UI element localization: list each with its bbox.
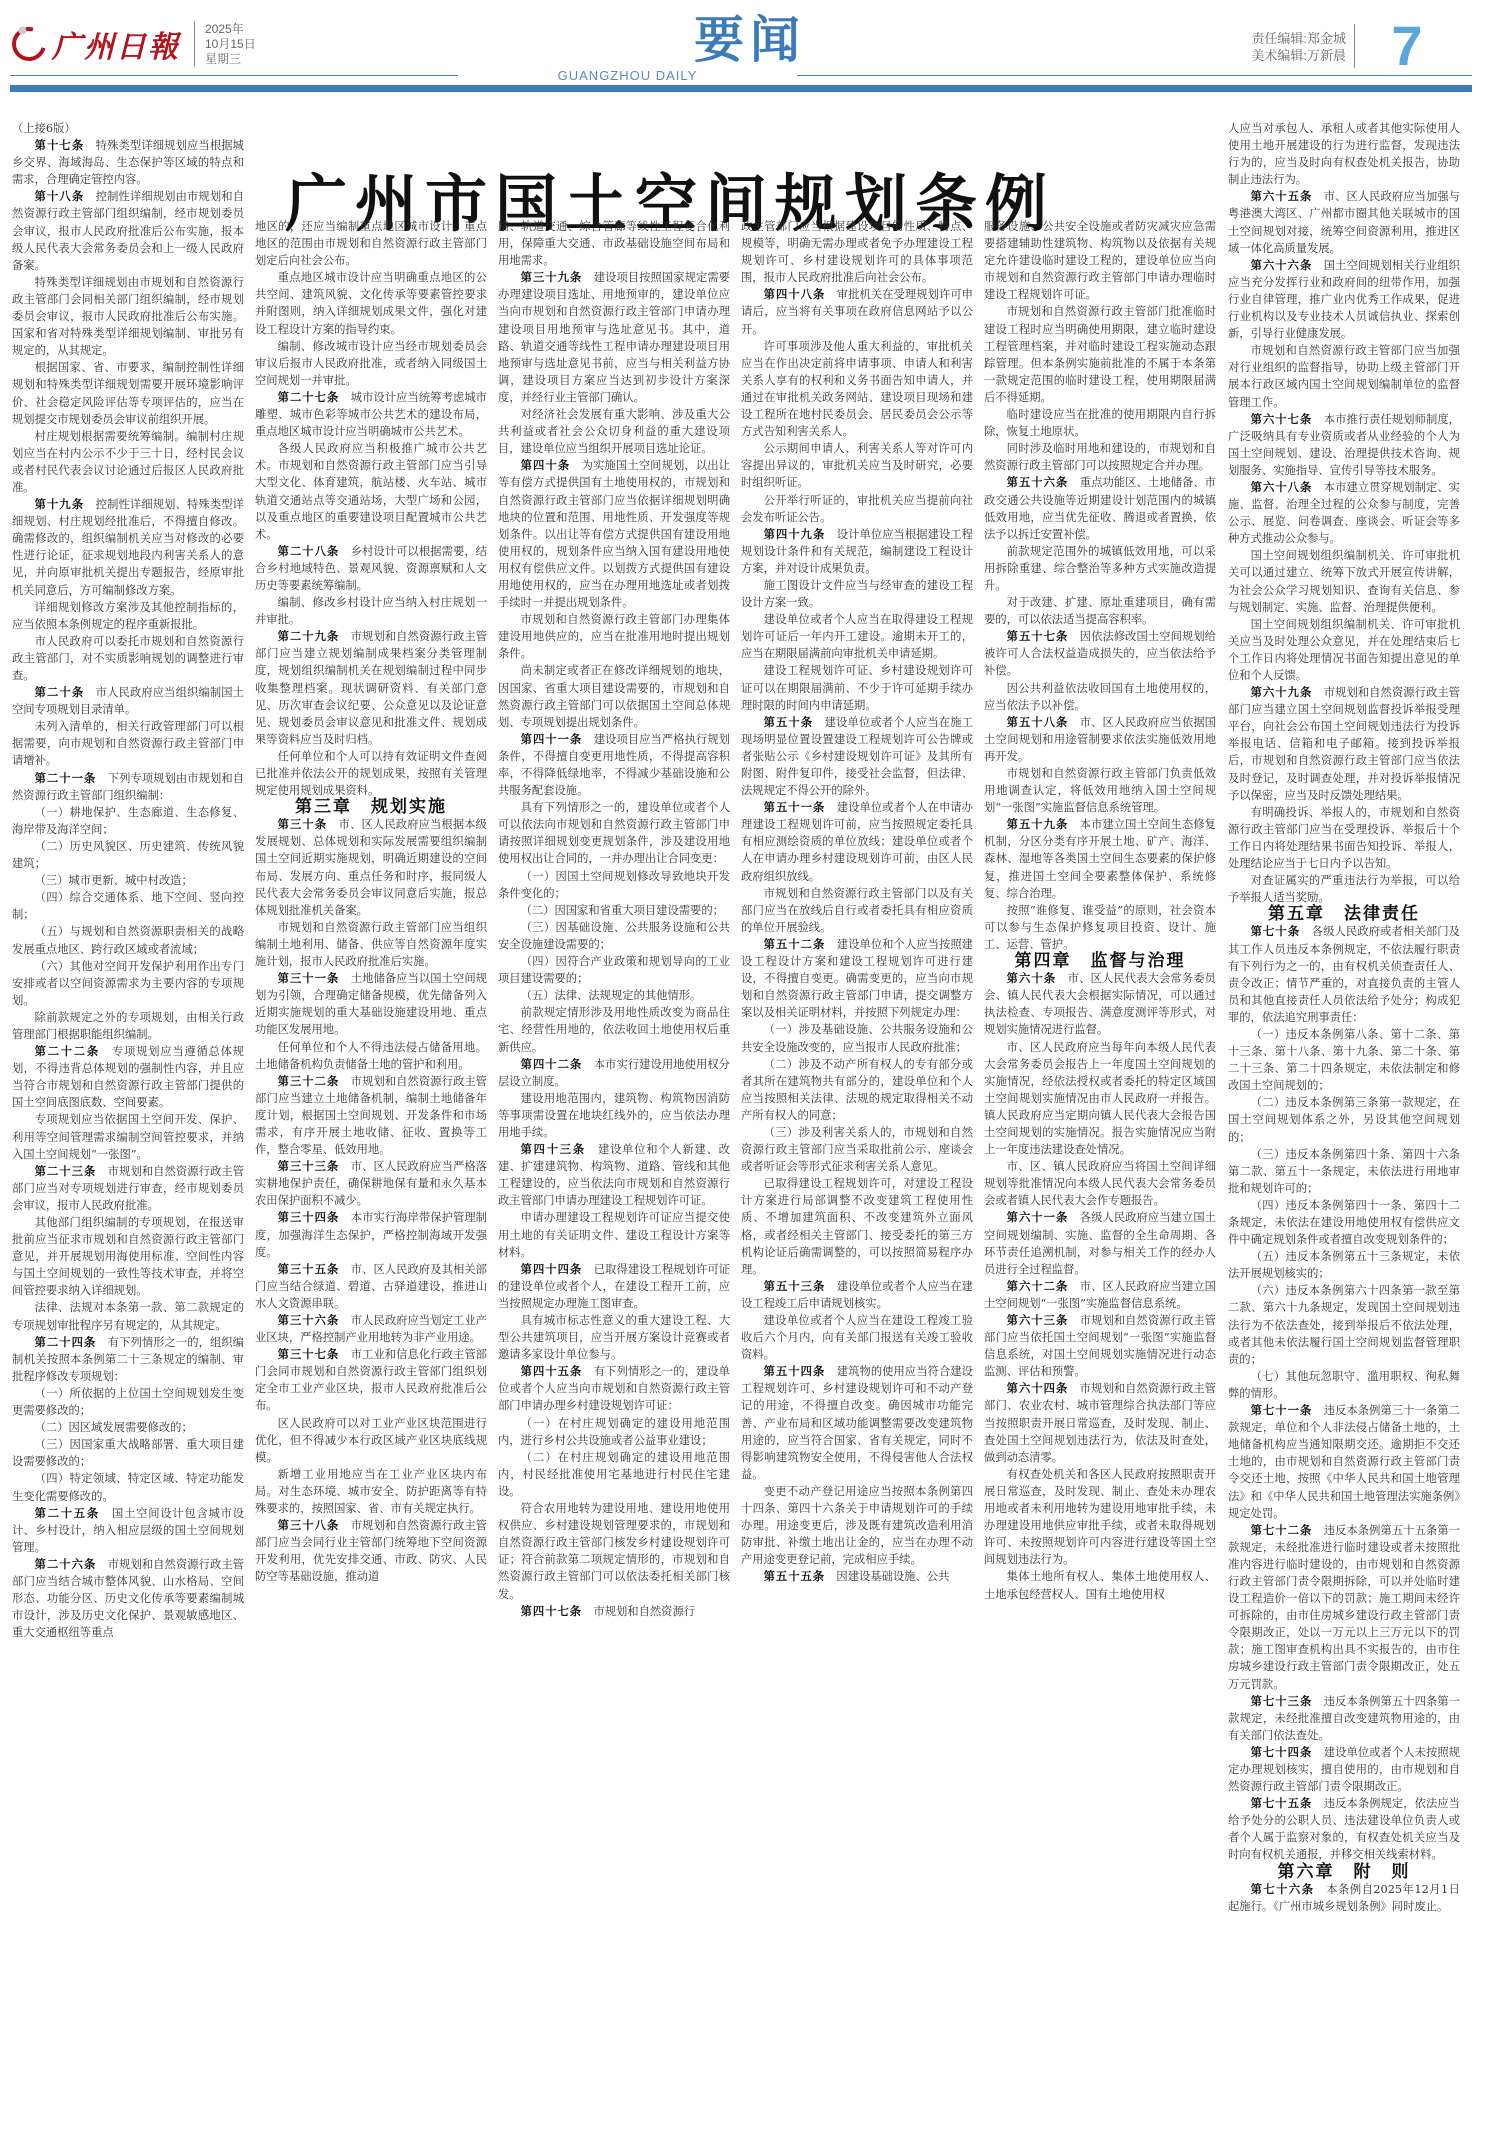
clause-number: 第二十七条 [278, 390, 340, 404]
paragraph-text: 路、轨道交通、综合管廊等线性工程复合化利用，保障重大交通、市政基础设施空间布局和… [498, 220, 730, 267]
paragraph: （四）特定领域、特定区域、特定功能发生变化需要修改的。 [12, 1470, 244, 1504]
paragraph: 任何单位和个人不得违法侵占储备用地。土地储备机构负责储备土地的管护和利用。 [255, 1039, 487, 1073]
paragraph: （四）违反本条例第四十一条、第四十二条规定，未依法在建设用地使用权有偿供应文件中… [1228, 1197, 1460, 1248]
paragraph-text: （六）其他对空间开发保护利用作出专门安排或者以空间资源需求为主要内容的专项规划。 [12, 960, 244, 1007]
paragraph: （三）城市更新、城中村改造； [12, 872, 244, 889]
clause-number: 第二十一条 [35, 771, 97, 785]
article-clause: 第七十五条 违反本条例规定，依法应当给予处分的公职人员、违法建设单位负责人或者个… [1228, 1795, 1460, 1863]
article-clause: 第七十条 各级人民政府或者相关部门及其工作人员违反本条例规定，不依法履行职责有下… [1228, 923, 1460, 1026]
paragraph: 编制、修改乡村设计应当纳入村庄规划一并审批。 [255, 594, 487, 628]
paragraph-text: 市、区人民政府应当根据本级发展规划、总体规划和实际发展需要组织编制国土空间近期实… [255, 818, 487, 916]
paragraph-text: 前款规定范围外的城镇低效用地，可以采用拆除重建、综合整治等多种方式实施改造提升。 [984, 545, 1216, 592]
paragraph: 各级人民政府应当积极推广城市公共艺术。市规划和自然资源行政主管部门应当引导大型文… [255, 440, 487, 543]
paragraph-text: 各级人民政府或者相关部门及其工作人员违反本条例规定，不依法履行职责有下列行为之一… [1228, 925, 1460, 1023]
paragraph-text: 变更不动产登记用途应当按照本条例第四十四条、第四十六条关于申请规划许可的手续办理… [741, 1485, 973, 1566]
text-column-1: （上接6版）第十七条 特殊类型详细规划应当根据城乡交界、海域海岛、生态保护等区域… [12, 120, 244, 2143]
article-clause: 第四十条 为实施国土空间规划，以出让等有偿方式提供国有土地使用权的，市规划和自然… [498, 457, 730, 611]
paragraph: （二）因区域发展需要修改的； [12, 1419, 244, 1436]
paragraph: 施工图设计文件应当与经审查的建设工程设计方案一致。 [741, 577, 973, 611]
clause-number: 第五十九条 [1007, 817, 1069, 831]
clause-number: 第六十九条 [1251, 685, 1313, 699]
paragraph-text: 除前款规定之外的专项规划，由相关行政管理部门根据职能组织编制。 [12, 1011, 244, 1041]
article-clause: 第十七条 特殊类型详细规划应当根据城乡交界、海域海岛、生态保护等区域的特点和需求… [12, 137, 244, 188]
paragraph: 公示期间申请人、利害关系人等对许可内容提出异议的，审批机关应当及时研究，必要时组… [741, 440, 973, 491]
clause-number: 第三十条 [278, 817, 328, 831]
paragraph-text: 任何单位和个人可以持有效证明文件查阅已批准并依法公开的规划成果，按照有关管理规定… [255, 750, 487, 797]
paragraph-text: 临时建设应当在批准的使用期限内自行拆除，恢复土地原状。 [984, 408, 1216, 438]
paragraph: （上接6版） [12, 120, 244, 137]
article-clause: 第六十三条 市规划和自然资源行政主管部门应当依托国土空间规划“一张图”实施监督信… [984, 1312, 1216, 1380]
paragraph: 同时涉及临时用地和建设的，市规划和自然资源行政主管部门可以按照规定合并办理。 [984, 440, 1216, 474]
article-clause: 第二十一条 下列专项规划由市规划和自然资源行政主管部门组织编制： [12, 770, 244, 804]
clause-number: 第四十九条 [764, 527, 826, 541]
paragraph-text: 有明确投诉、举报人的，市规划和自然资源行政主管部门应当在受理投诉、举报后十个工作… [1228, 806, 1460, 870]
paragraph: （六）其他对空间开发保护利用作出专门安排或者以空间资源需求为主要内容的专项规划。 [12, 958, 244, 1009]
paragraph-text: （一）在村庄规划确定的建设用地范围内，进行乡村公共设施或者公益事业建设； [498, 1417, 730, 1447]
clause-number: 第二十八条 [278, 544, 340, 558]
clause-number: 第三十七条 [278, 1347, 340, 1361]
paragraph: 其他部门组织编制的专项规划，在报送审批前应当征求市规划和自然资源行政主管部门意见… [12, 1214, 244, 1299]
logo-emblem-icon [6, 21, 52, 67]
paragraph-text: 有权查处机关和各区人民政府按照职责开展日常巡查，及时发现、制止、查处未办理农用地… [984, 1468, 1216, 1566]
clause-number: 第十七条 [35, 138, 85, 152]
clause-number: 第六十三条 [1007, 1313, 1069, 1327]
paragraph: 对于改建、扩建、原址重建项目，确有需要的，可以依法适当提高容积率。 [984, 594, 1216, 628]
paragraph: 详细规划修改方案涉及其他控制指标的，应当依照本条例规定的程序重新报批。 [12, 599, 244, 633]
paragraph: （三）涉及利害关系人的，市规划和自然资源行政主管部门应当采取批前公示、座谈会或者… [741, 1124, 973, 1175]
clause-number: 第六十八条 [1251, 480, 1313, 494]
article-clause: 第二十六条 市规划和自然资源行政主管部门应当结合城市整体风貌、山水格局、空间形态… [12, 1556, 244, 1641]
paragraph-text: （四）综合交通体系、地下空间、竖向控制； [12, 891, 244, 921]
article-clause: 第七十六条 本条例自2025年12月1日起施行。《广州市城乡规划条例》同时废止。 [1228, 1881, 1460, 1915]
paragraph: 有权查处机关和各区人民政府按照职责开展日常巡查，及时发现、制止、查处未办理农用地… [984, 1466, 1216, 1569]
paragraph-text: 市规划和自然资源行政主管部门应当建立国土空间规划监督投诉举报受理平台，向社会公布… [1228, 686, 1460, 802]
article-clause: 第四十一条 建设项目应当严格执行规划条件，不得擅自变更用地性质，不得提高容积率，… [498, 731, 730, 799]
divider [797, 75, 1472, 76]
paragraph-text: 建设单位或者个人应当在建设工程竣工验收后六个月内，向有关部门报送有关竣工验收资料… [741, 1314, 973, 1361]
chapter-heading: 第五章 法律责任 [1228, 906, 1460, 923]
article-clause: 第三十条 市、区人民政府应当根据本级发展规划、总体规划和实际发展需要组织编制国土… [255, 816, 487, 919]
paragraph-text: （四）违反本条例第四十一条、第四十二条规定，未依法在建设用地使用权有偿供应文件中… [1228, 1199, 1460, 1246]
clause-number: 第二十九条 [278, 629, 340, 643]
article-clause: 第二十五条 国土空间设计包含城市设计、乡村设计，纳入相应层级的国土空间规划管理。 [12, 1505, 244, 1556]
paragraph-text: 施工图设计文件应当与经审查的建设工程设计方案一致。 [741, 579, 973, 609]
paragraph-text: （五）违反本条例第五十三条规定，未依法开展规划核实的； [1228, 1250, 1460, 1280]
paragraph-text: 市规划和自然资源行政主管部门以及有关部门应当在放线后自行或者委托具有相应资质的单… [741, 887, 973, 934]
paragraph: 具有下列情形之一的，建设单位或者个人可以依法向市规划和自然资源行政主管部门申请按… [498, 799, 730, 867]
paragraph: 前款规定情形涉及用地性质改变为商品住宅、经营性用地的，依法收回土地使用权后重新供… [498, 1004, 730, 1055]
paragraph: 未列入清单的，相关行政管理部门可以根据需要，向市规划和自然资源行政主管部门申请增… [12, 718, 244, 769]
text-column-5: 服务设施、公共安全设施或者防灾减灾应急需要搭建辅助性建筑物、构筑物以及依据有关规… [984, 218, 1216, 2143]
clause-number: 第二十条 [35, 685, 85, 699]
clause-number: 第四十七条 [521, 1604, 583, 1618]
clause-number: 第五十六条 [1007, 475, 1069, 489]
paragraph-text: 公示期间申请人、利害关系人等对许可内容提出异议的，审批机关应当及时研究，必要时组… [741, 442, 973, 489]
paragraph: 具有城市标志性意义的重大建设工程、大型公共建筑项目，应当开展方案设计竞赛或者邀请… [498, 1312, 730, 1363]
editor-credits: 责任编辑:郑金城 美术编辑:万新晨 [1160, 30, 1346, 64]
paragraph-text: （一）耕地保护、生态廊道、生态修复、海岸带及海洋空间； [12, 806, 244, 836]
paragraph-text: （二）涉及不动产所有权人的专有部分或者其所在建筑物共有部分的，建设单位和个人应当… [741, 1058, 973, 1122]
paragraph-text: 市规划和自然资源行政主管部门批准临时建设工程时应当明确使用期限，建立临时建设工程… [984, 305, 1216, 403]
text-column-6: 人应当对承包人、承租人或者其他实际使用人使用土地开展建设的行为进行监督，发现违法… [1228, 120, 1460, 2143]
clause-number: 第五十条 [764, 715, 814, 729]
article-clause: 第四十四条 已取得建设工程规划许可证的建设单位或者个人，在建设工程开工前，应当按… [498, 1261, 730, 1312]
clause-number: 第四十二条 [521, 1057, 583, 1071]
paragraph-text: 建筑物的使用应当符合建设工程规划许可、乡村建设规划许可和不动产登记的用途，不得擅… [741, 1365, 973, 1481]
paragraph: 市规划和自然资源行政主管部门办理集体建设用地供应的，应当在批准用地时提出规划条件… [498, 611, 730, 662]
paragraph-text: （四）因符合产业政策和规划导向的工业项目建设需要的； [498, 955, 730, 985]
article-clause: 第六十五条 市、区人民政府应当加强与粤港澳大湾区、广州都市圈其他关联城市的国土空… [1228, 188, 1460, 256]
paragraph-text: 同时涉及临时用地和建设的，市规划和自然资源行政主管部门可以按照规定合并办理。 [984, 442, 1216, 472]
clause-number: 第七十四条 [1251, 1745, 1313, 1759]
paragraph-text: 国土空间规划组织编制机关、许可审批机关应当及时处理公众意见，并在处理结束后七个工… [1228, 618, 1460, 682]
clause-number: 第五十三条 [764, 1279, 826, 1293]
paragraph: 国土空间规划组织编制机关、许可审批机关可以通过建立、统筹下放式开展宣传讲解，为社… [1228, 547, 1460, 615]
clause-number: 第十八条 [35, 189, 85, 203]
newspaper-logo: 广州日報 2025年 10月15日 星期三 [12, 22, 256, 66]
paragraph-text: （三）城市更新、城中村改造； [35, 874, 193, 887]
paragraph-text: 建设项目按照国家规定需要办理建设项目选址、用地预审的，建设单位应当向市规划和自然… [498, 271, 730, 404]
paragraph-text: 其他部门组织编制的专项规划，在报送审批前应当征求市规划和自然资源行政主管部门意见… [12, 1216, 244, 1297]
paragraph: 对经济社会发展有重大影响、涉及重大公共利益或者社会公众切身利益的重大建设项目，建… [498, 406, 730, 457]
article-clause: 第五十二条 建设单位和个人应当按照建设工程设计方案和建设工程规划许可进行建设，不… [741, 936, 973, 1021]
paragraph-text: 申请办理建设工程规划许可证应当提交使用土地的有关证明文件、建设工程设计方案等材料… [498, 1211, 730, 1258]
paragraph: 已取得建设工程规划许可，对建设工程设计方案进行局部调整不改变建筑工程使用性质、不… [741, 1175, 973, 1278]
paragraph-text: 尚未制定或者正在修改详细规划的地块，因国家、省重大项目建设需要的，市规划和自然资… [498, 664, 730, 728]
paragraph: （四）综合交通体系、地下空间、竖向控制； [12, 889, 244, 923]
article-clause: 第三十四条 本市实行海岸带保护管理制度，加强海洋生态保护，严格控制海域开发强度。 [255, 1209, 487, 1260]
paragraph: 编制、修改城市设计应当经市规划委员会审议后报市人民政府批准，或者纳入同级国土空间… [255, 338, 487, 389]
paragraph-text: 编制、修改乡村设计应当纳入村庄规划一并审批。 [255, 596, 487, 626]
clause-number: 第三十五条 [278, 1262, 340, 1276]
article-clause: 第四十三条 建设单位和个人新建、改建、扩建建筑物、构筑物、道路、管线和其他工程建… [498, 1141, 730, 1209]
clause-number: 第七十条 [1251, 924, 1301, 938]
paragraph: 专项规划应当依据国土空间开发、保护、利用等空间管理需求编制空间管控要求，并纳入国… [12, 1111, 244, 1162]
paragraph: 任何单位和个人可以持有效证明文件查阅已批准并依法公开的规划成果，按照有关管理规定… [255, 748, 487, 799]
issue-weekday: 星期三 [205, 52, 256, 67]
paragraph-text: 集体土地所有权人、集体土地使用权人、土地承包经营权人、国有土地使用权 [984, 1570, 1216, 1600]
paragraph-text: 前款规定情形涉及用地性质改变为商品住宅、经营性用地的，依法收回土地使用权后重新供… [498, 1006, 730, 1053]
paragraph: 集体土地所有权人、集体土地使用权人、土地承包经营权人、国有土地使用权 [984, 1568, 1216, 1602]
paragraph-text: 因公共利益依法收回国有土地使用权的，应当依法予以补偿。 [984, 682, 1216, 712]
article-clause: 第六十八条 本市建立贯穿规划制定、实施、监督、治理全过程的公众参与制度，完善公示… [1228, 479, 1460, 547]
paragraph: 临时建设应当在批准的使用期限内自行拆除，恢复土地原状。 [984, 406, 1216, 440]
article-clause: 第三十五条 市、区人民政府及其相关部门应当结合绿道、碧道、古驿道建设，推进山水人… [255, 1261, 487, 1312]
paragraph-text: 对于改建、扩建、原址重建项目，确有需要的，可以依法适当提高容积率。 [984, 596, 1216, 626]
clause-number: 第二十四条 [35, 1335, 97, 1349]
article-clause: 第六十七条 本市推行责任规划师制度，广泛吸纳具有专业资质或者从业经验的个人为国土… [1228, 411, 1460, 479]
paragraph: （五）法律、法规规定的其他情形。 [498, 987, 730, 1004]
clause-number: 第三十八条 [278, 1518, 340, 1532]
paragraph-text: 各级人民政府应当积极推广城市公共艺术。市规划和自然资源行政主管部门应当引导大型文… [255, 442, 487, 540]
paragraph-text: 具有下列情形之一的，建设单位或者个人可以依法向市规划和自然资源行政主管部门申请按… [498, 801, 730, 865]
divider [194, 21, 195, 67]
paragraph-text: 人应当对承包人、承租人或者其他实际使用人使用土地开展建设的行为进行监督，发现违法… [1228, 122, 1460, 186]
masthead: 广州日報 2025年 10月15日 星期三 要闻 GUANGZHOU DAILY… [0, 0, 1500, 96]
paragraph: （二）在村庄规划确定的建设用地范围内，村民经批准使用宅基地进行村民住宅建设。 [498, 1449, 730, 1500]
paragraph: 建设工程规划许可证、乡村建设规划许可证可以在期限届满前、不少于许可延期手续办理时… [741, 662, 973, 713]
paragraph-text: （三）涉及利害关系人的，市规划和自然资源行政主管部门应当采取批前公示、座谈会或者… [741, 1126, 973, 1173]
clause-number: 第四十条 [521, 458, 571, 472]
clause-number: 第五十八条 [1007, 715, 1069, 729]
paragraph-text: （二）违反本条例第三条第一款规定，在国土空间规划体系之外，另设其他空间规划的； [1228, 1096, 1460, 1143]
section-subtitle: GUANGZHOU DAILY [460, 68, 795, 83]
clause-number: 第二十三条 [35, 1164, 97, 1178]
article-clause: 第二十条 市人民政府应当组织编制国土空间专项规划目录清单。 [12, 684, 244, 718]
paragraph-text: 市规划和自然资源行政主管部门负责低效用地调查认定，将低效用地纳入国土空间规划“一… [984, 767, 1216, 814]
paragraph-text: 市、区人民政府应当每年向本级人民代表大会常务委员会报告上一年度国土空间规划的实施… [984, 1041, 1216, 1157]
paragraph: 市、区、镇人民政府应当将国土空间详细规划等批准情况向本级人民代表大会常务委员会或… [984, 1158, 1216, 1209]
clause-number: 第三十一条 [278, 971, 340, 985]
paragraph: 村庄规划根据需要统筹编制。编制村庄规划应当在村内公示不少于三十日，经村民会议或者… [12, 428, 244, 496]
paragraph: 市、区人民政府应当每年向本级人民代表大会常务委员会报告上一年度国土空间规划的实施… [984, 1039, 1216, 1159]
paragraph: 服务设施、公共安全设施或者防灾减灾应急需要搭建辅助性建筑物、构筑物以及依据有关规… [984, 218, 1216, 303]
clause-number: 第三十三条 [278, 1159, 340, 1173]
clause-number: 第五十二条 [764, 937, 826, 951]
paragraph-text: 已取得建设工程规划许可，对建设工程设计方案进行局部调整不改变建筑工程使用性质、不… [741, 1177, 973, 1275]
paragraph-text: 重点地区城市设计应当明确重点地区的公共空间、建筑风貌、文化传承等要素管控要求并附… [255, 271, 487, 335]
paragraph-text: 区人民政府可以对工业产业区块范围进行优化，但不得减少本行政区域产业区块底线规模。 [255, 1417, 487, 1464]
article-clause: 第三十一条 土地储备应当以国土空间规划为引领，合理确定储备规模，优先储备列入近期… [255, 970, 487, 1038]
paragraph: 建设单位或者个人应当在建设工程竣工验收后六个月内，向有关部门报送有关竣工验收资料… [741, 1312, 973, 1363]
clause-number: 第七十二条 [1251, 1523, 1313, 1537]
paragraph-text: （二）历史风貌区、历史建筑、传统风貌建筑； [12, 840, 244, 870]
article-clause: 第七十一条 违反本条例第三十一条第二款规定，单位和个人非法侵占储备土地的，土地储… [1228, 1402, 1460, 1522]
article-clause: 第四十七条 市规划和自然资源行 [498, 1603, 730, 1620]
article-clause: 第二十四条 有下列情形之一的，组织编制机关按照本条例第二十三条规定的编制、审批程… [12, 1334, 244, 1385]
paragraph: 尚未制定或者正在修改详细规划的地块，因国家、省重大项目建设需要的，市规划和自然资… [498, 662, 730, 730]
paragraph: 符合农用地转为建设用地、建设用地使用权供应、乡村建设规划管理要求的，市规划和自然… [498, 1500, 730, 1603]
paragraph-text: 专项规划应当依据国土空间开发、保护、利用等空间管理需求编制空间管控要求，并纳入国… [12, 1113, 244, 1160]
article-clause: 第七十三条 违反本条例第五十四条第一款规定，未经批准擅自改变建筑物用途的，由有关… [1228, 1693, 1460, 1744]
header-band [10, 85, 1472, 92]
clause-number: 第七十六条 [1251, 1882, 1315, 1896]
chapter-heading: 第六章 附 则 [1228, 1864, 1460, 1881]
paragraph-text: 违反本条例第五十五条第一款规定，未经批准进行临时建设或者未按照批准内容进行临时建… [1228, 1524, 1460, 1691]
paragraph-text: （五）与规划和自然资源职责相关的战略发展重点地区、跨行政区域或者流域； [12, 925, 244, 955]
article-clause: 第二十九条 市规划和自然资源行政主管部门应当建立规划编制成果档案分类管理制度，规… [255, 628, 487, 748]
paragraph-text: 对经济社会发展有重大影响、涉及重大公共利益或者社会公众切身利益的重大建设项目，建… [498, 408, 730, 455]
paragraph: 建设单位或者个人应当在取得建设工程规划许可证后一年内开工建设。逾期未开工的，应当… [741, 611, 973, 662]
issue-date: 2025年 10月15日 星期三 [205, 22, 256, 67]
paragraph: 许可事项涉及他人重大利益的，审批机关应当在作出决定前将申请事项、申请人和利害关系… [741, 338, 973, 441]
paragraph-text: 市规划和自然资源行政主管部门应当组织编制土地利用、储备、供应等自然资源年度实施计… [255, 921, 487, 968]
paragraph: 公开举行听证的，审批机关应当提前向社会发布听证公告。 [741, 492, 973, 526]
paragraph: 市人民政府可以委托市规划和自然资源行政主管部门，对不实质影响规划的调整进行审查。 [12, 633, 244, 684]
clause-number: 第六十条 [1007, 971, 1057, 985]
article-clause: 第十九条 控制性详细规划、特殊类型详细规划、村庄规划经批准后，不得擅自修改。确需… [12, 496, 244, 599]
divider [1354, 24, 1355, 68]
paragraph: 国土空间规划组织编制机关、许可审批机关应当及时处理公众意见，并在处理结束后七个工… [1228, 616, 1460, 684]
article-clause: 第五十八条 市、区人民政府应当依据国土空间规划和用途管制要求依法实施低效用地再开… [984, 714, 1216, 765]
paragraph: 前款规定范围外的城镇低效用地，可以采用拆除重建、综合整治等多种方式实施改造提升。 [984, 543, 1216, 594]
newspaper-name: 广州日報 [52, 22, 180, 66]
clause-number: 第四十五条 [521, 1364, 583, 1378]
article-clause: 第五十七条 因依法修改国土空间规划给被许可人合法权益造成损失的，应当依法给予补偿… [984, 628, 1216, 679]
clause-number: 第五十七条 [1007, 629, 1069, 643]
clause-number: 第二十二条 [35, 1044, 100, 1058]
paragraph: 特殊类型详细规划由市规划和自然资源行政主管部门会同相关部门组织编制，经市规划委员… [12, 274, 244, 359]
paragraph-text: 具有城市标志性意义的重大建设工程、大型公共建筑项目，应当开展方案设计竞赛或者邀请… [498, 1314, 730, 1361]
paragraph: （五）违反本条例第五十三条规定，未依法开展规划核实的； [1228, 1248, 1460, 1282]
article-clause: 第二十二条 专项规划应当遵循总体规划，不得违背总体规划的强制性内容，并且应当符合… [12, 1043, 244, 1111]
paragraph-text: 许可事项涉及他人重大利益的，审批机关应当在作出决定前将申请事项、申请人和利害关系… [741, 340, 973, 438]
article-clause: 第七十四条 建设单位或者个人未按照规定办理规划核实，擅自使用的，由市规划和自然资… [1228, 1744, 1460, 1795]
paragraph: （二）因国家和省重大项目建设需要的； [498, 902, 730, 919]
paragraph: 建设用地范围内，建筑物、构筑物因消防等事项需设置在地块红线外的，应当依法办理用地… [498, 1090, 730, 1141]
paragraph: 路、轨道交通、综合管廊等线性工程复合化利用，保障重大交通、市政基础设施空间布局和… [498, 218, 730, 269]
paragraph: 根据国家、省、市要求，编制控制性详细规划和特殊类型详细规划需要开展环境影响评价、… [12, 359, 244, 427]
article-clause: 第三十三条 市、区人民政府应当严格落实耕地保护责任，确保耕地保有量和永久基本农田… [255, 1158, 487, 1209]
clause-number: 第六十七条 [1251, 412, 1313, 426]
paragraph-text: （上接6版） [12, 122, 76, 135]
paragraph: （一）在村庄规划确定的建设用地范围内，进行乡村公共设施或者公益事业建设； [498, 1415, 730, 1449]
article-clause: 第五十五条 因建设基础设施、公共 [741, 1568, 973, 1585]
paragraph-text: 按照“谁修复、谁受益”的原则，社会资本可以参与生态保护修复项目投资、设计、施工、… [984, 904, 1216, 951]
paragraph-text: （一）因国土空间规划修改导致地块开发条件变化的； [498, 870, 730, 900]
article-clause: 第三十九条 建设项目按照国家规定需要办理建设项目选址、用地预审的，建设单位应当向… [498, 269, 730, 406]
paragraph: 法律、法规对本条第一款、第二款规定的专项规划审批程序另有规定的，从其规定。 [12, 1299, 244, 1333]
article-clause: 第二十七条 城市设计应当统筹考虑城市雕塑、城市色彩等城市公共艺术的建设布局，重点… [255, 389, 487, 440]
article-clause: 第五十九条 本市建立国土空间生态修复机制，分区分类有序开展土地、矿产、海洋、森林… [984, 816, 1216, 901]
article-clause: 第四十五条 有下列情形之一的，建设单位或者个人应当向市规划和自然资源行政主管部门… [498, 1363, 730, 1414]
paragraph-text: 公开举行听证的，审批机关应当提前向社会发布听证公告。 [741, 494, 973, 524]
paragraph: 市规划和自然资源行政主管部门批准临时建设工程时应当明确使用期限，建立临时建设工程… [984, 303, 1216, 406]
paragraph: （七）其他玩忽职守、滥用职权、徇私舞弊的情形。 [1228, 1368, 1460, 1402]
paragraph-text: 市、区、镇人民政府应当将国土空间详细规划等批准情况向本级人民代表大会常务委员会或… [984, 1160, 1216, 1207]
paragraph-text: 为实施国土空间规划，以出让等有偿方式提供国有土地使用权的，市规划和自然资源行政主… [498, 459, 730, 609]
article-clause: 第五十条 建设单位或者个人应当在施工现场明显位置设置建设工程规划许可公告牌或者张… [741, 714, 973, 799]
paragraph: （三）因国家重大战略部署、重大项目建设需要修改的； [12, 1436, 244, 1470]
paragraph: （一）违反本条例第八条、第十二条、第十三条、第十八条、第十九条、第二十条、第二十… [1228, 1026, 1460, 1094]
art-editor: 美术编辑:万新晨 [1160, 47, 1346, 64]
clause-number: 第三十二条 [278, 1074, 340, 1088]
clause-number: 第六十一条 [1007, 1210, 1069, 1224]
paragraph: 变更不动产登记用途应当按照本条例第四十四条、第四十六条关于申请规划许可的手续办理… [741, 1483, 973, 1568]
text-column-2: 地区的，还应当编制重点地区城市设计。重点地区的范围由市规划和自然资源行政主管部门… [255, 218, 487, 2143]
article-clause: 第二十三条 市规划和自然资源行政主管部门应当对专项规划进行审查，经市规划委员会审… [12, 1163, 244, 1214]
clause-number: 第六十六条 [1251, 258, 1313, 272]
article-clause: 第六十条 市、区人民代表大会常务委员会、镇人民代表大会根据实际情况，可以通过执法… [984, 970, 1216, 1038]
paragraph: 市规划和自然资源行政主管部门以及有关部门应当在放线后自行或者委托具有相应资质的单… [741, 885, 973, 936]
paragraph-text: 建设用地范围内，建筑物、构筑物因消防等事项需设置在地块红线外的，应当依法办理用地… [498, 1092, 730, 1139]
clause-number: 第三十四条 [278, 1210, 340, 1224]
paragraph: （一）耕地保护、生态廊道、生态修复、海岸带及海洋空间； [12, 804, 244, 838]
paragraph: （五）与规划和自然资源职责相关的战略发展重点地区、跨行政区域或者流域； [12, 923, 244, 957]
paragraph-text: 市规划和自然资源行政主管部门应当加强对行业组织的监督指导，协助上级主管部门开展本… [1228, 344, 1460, 408]
paragraph: 人应当对承包人、承租人或者其他实际使用人使用土地开展建设的行为进行监督，发现违法… [1228, 120, 1460, 188]
paragraph-text: 服务设施、公共安全设施或者防灾减灾应急需要搭建辅助性建筑物、构筑物以及依据有关规… [984, 220, 1216, 301]
paragraph-text: 新增工业用地应当在工业产业区块内布局。对生态环境、城市安全、防护距离等有特殊要求… [255, 1468, 487, 1515]
paragraph: 有明确投诉、举报人的，市规划和自然资源行政主管部门应当在受理投诉、举报后十个工作… [1228, 804, 1460, 872]
paragraph-text: （一）所依据的上位国土空间规划发生变更需要修改的； [12, 1387, 244, 1417]
paragraph: （一）涉及基础设施、公共服务设施和公共安全设施改变的，应当报市人民政府批准； [741, 1021, 973, 1055]
paragraph: 市规划和自然资源行政主管部门应当加强对行业组织的监督指导，协助上级主管部门开展本… [1228, 342, 1460, 410]
clause-number: 第六十二条 [1007, 1279, 1069, 1293]
article-clause: 第四十二条 本市实行建设用地使用权分层设立制度。 [498, 1056, 730, 1090]
article-clause: 第六十六条 国土空间规划相关行业组织应当充分发挥行业和政府间的纽带作用，加强行业… [1228, 257, 1460, 342]
clause-number: 第六十四条 [1007, 1381, 1069, 1395]
article-clause: 第三十二条 市规划和自然资源行政主管部门应当建立土地储备机制，编制土地储备年度计… [255, 1073, 487, 1158]
paragraph-text: 村庄规划根据需要统筹编制。编制村庄规划应当在村内公示不少于三十日，经村民会议或者… [12, 430, 244, 494]
paragraph-text: 违反本条例第三十一条第二款规定，单位和个人非法侵占储备土地的，土地储备机构应当通… [1228, 1404, 1460, 1520]
chapter-heading: 第四章 监督与治理 [984, 953, 1216, 970]
article-clause: 第四十九条 设计单位应当根据建设工程规划设计条件和有关规范，编制建设工程设计方案… [741, 526, 973, 577]
article-clause: 第六十一条 各级人民政府应当建立国土空间规划编制、实施、监督的全生命周期、各环节… [984, 1209, 1216, 1277]
clause-number: 第十九条 [35, 497, 85, 511]
clause-number: 第三十六条 [278, 1313, 340, 1327]
article-clause: 第五十四条 建筑物的使用应当符合建设工程规划许可、乡村建设规划许可和不动产登记的… [741, 1363, 973, 1483]
paragraph: 市规划和自然资源行政主管部门负责低效用地调查认定，将低效用地纳入国土空间规划“一… [984, 765, 1216, 816]
paragraph-text: （三）违反本条例第四十条、第四十六条第二款、第五十一条规定，未依法进行用地审批和… [1228, 1148, 1460, 1195]
chapter-heading: 第三章 规划实施 [255, 799, 487, 816]
clause-number: 第六十五条 [1251, 189, 1313, 203]
paragraph: 市规划和自然资源行政主管部门应当组织编制土地利用、储备、供应等自然资源年度实施计… [255, 919, 487, 970]
paragraph-text: 因建设基础设施、公共 [825, 1570, 949, 1583]
paragraph-text: 对查证属实的严重违法行为举报，可以给予举报人适当奖励。 [1228, 874, 1460, 904]
paragraph-text: 编制、修改城市设计应当经市规划委员会审议后报市人民政府批准，或者纳入同级国土空间… [255, 340, 487, 387]
clause-number: 第四十一条 [521, 732, 583, 746]
clause-number: 第七十五条 [1251, 1796, 1313, 1810]
paragraph-text: 详细规划修改方案涉及其他控制指标的，应当依照本条例规定的程序重新报批。 [12, 601, 244, 631]
paragraph: 重点地区城市设计应当明确重点地区的公共空间、建筑风貌、文化传承等要素管控要求并附… [255, 269, 487, 337]
paragraph-text: 市规划和自然资源行政主管部门应当建立规划编制成果档案分类管理制度，规划组织编制机… [255, 630, 487, 746]
clause-number: 第五十五条 [764, 1569, 826, 1583]
paragraph: 按照“谁修复、谁受益”的原则，社会资本可以参与生态保护修复项目投资、设计、施工、… [984, 902, 1216, 953]
text-column-4: 政主管部门应当根据建设项目的性质、特点、规模等，明确无需办理或者免予办理建设工程… [741, 218, 973, 2143]
issue-day: 10月15日 [205, 37, 256, 52]
paragraph-text: （一）违反本条例第八条、第十二条、第十三条、第十八条、第十九条、第二十条、第二十… [1228, 1028, 1460, 1092]
paragraph: （一）所依据的上位国土空间规划发生变更需要修改的； [12, 1385, 244, 1419]
paragraph-text: 市规划和自然资源行 [582, 1605, 695, 1618]
article-clause: 第四十八条 审批机关在受理规划许可申请后，应当将有关事项在政府信息网站予以公开。 [741, 286, 973, 337]
paragraph-text: 根据国家、省、市要求，编制控制性详细规划和特殊类型详细规划需要开展环境影响评价、… [12, 361, 244, 425]
paragraph: （一）因国土空间规划修改导致地块开发条件变化的； [498, 868, 730, 902]
article-clause: 第六十九条 市规划和自然资源行政主管部门应当建立国土空间规划监督投诉举报受理平台… [1228, 684, 1460, 804]
paragraph-text: （五）法律、法规规定的其他情形。 [521, 989, 702, 1002]
section-title: 要闻 [470, 10, 1030, 70]
paragraph: （二）涉及不动产所有权人的专有部分或者其所在建筑物共有部分的，建设单位和个人应当… [741, 1056, 973, 1124]
article-clause: 第三十八条 市规划和自然资源行政主管部门应当会同行业主管部门统筹地下空间资源开发… [255, 1517, 487, 1585]
article-clause: 第十八条 控制性详细规划由市规划和自然资源行政主管部门组织编制，经市规划委员会审… [12, 188, 244, 273]
article-clause: 第二十八条 乡村设计可以根据需要，结合乡村地域特色、景观风貌、资源禀赋和人文历史… [255, 543, 487, 594]
paragraph-text: 市规划和自然资源行政主管部门办理集体建设用地供应的，应当在批准用地时提出规划条件… [498, 613, 730, 660]
paragraph: 新增工业用地应当在工业产业区块内布局。对生态环境、城市安全、防护距离等有特殊要求… [255, 1466, 487, 1517]
article-clause: 第六十二条 市、区人民政府应当建立国土空间规划“一张图”实施监督信息系统。 [984, 1278, 1216, 1312]
paragraph: （三）因基础设施、公共服务设施和公共安全设施建设需要的； [498, 919, 730, 953]
paragraph: （三）违反本条例第四十条、第四十六条第二款、第五十一条规定，未依法进行用地审批和… [1228, 1146, 1460, 1197]
clause-number: 第七十三条 [1251, 1694, 1313, 1708]
text-column-3: 路、轨道交通、综合管廊等线性工程复合化利用，保障重大交通、市政基础设施空间布局和… [498, 218, 730, 2143]
paragraph-text: （三）因国家重大战略部署、重大项目建设需要修改的； [12, 1438, 244, 1468]
paragraph-text: （六）违反本条例第六十四条第一款至第二款、第六十九条规定，发现国土空间规划违法行… [1228, 1284, 1460, 1365]
paragraph: 因公共利益依法收回国有土地使用权的，应当依法予以补偿。 [984, 680, 1216, 714]
article-clause: 第五十六条 重点功能区、土地储备、市政交通公共设施等近期建设计划范围内的城镇低效… [984, 474, 1216, 542]
paragraph: 地区的，还应当编制重点地区城市设计。重点地区的范围由市规划和自然资源行政主管部门… [255, 218, 487, 269]
paragraph: （二）历史风貌区、历史建筑、传统风貌建筑； [12, 838, 244, 872]
clause-number: 第四十八条 [764, 287, 826, 301]
clause-number: 第四十四条 [521, 1262, 583, 1276]
paragraph: 区人民政府可以对工业产业区块范围进行优化，但不得减少本行政区域产业区块底线规模。 [255, 1415, 487, 1466]
paragraph-text: 国土空间规划组织编制机关、许可审批机关可以通过建立、统筹下放式开展宣传讲解，为社… [1228, 549, 1460, 613]
clause-number: 第四十三条 [521, 1142, 586, 1156]
article-clause: 第七十二条 违反本条例第五十五条第一款规定，未经批准进行临时建设或者未按照批准内… [1228, 1522, 1460, 1693]
paragraph: 对查证属实的严重违法行为举报，可以给予举报人适当奖励。 [1228, 872, 1460, 906]
paragraph-text: 地区的，还应当编制重点地区城市设计。重点地区的范围由市规划和自然资源行政主管部门… [255, 220, 487, 267]
clause-number: 第五十一条 [764, 800, 826, 814]
clause-number: 第三十九条 [521, 270, 583, 284]
paragraph: 政主管部门应当根据建设项目的性质、特点、规模等，明确无需办理或者免予办理建设工程… [741, 218, 973, 286]
